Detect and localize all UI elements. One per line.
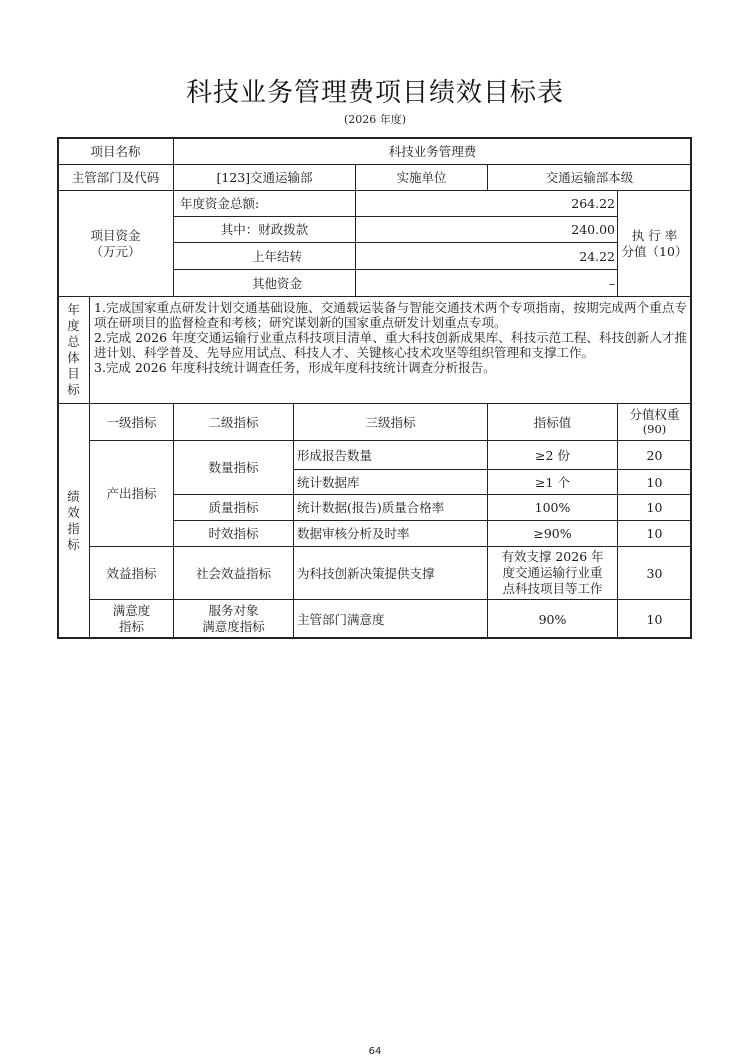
header-weight-line2: (90): [643, 422, 667, 437]
satisfaction-line1: 满意度: [113, 603, 151, 619]
quantity-indicator-label: 数量指标: [173, 440, 294, 495]
label-char: 年: [67, 302, 80, 318]
header-weight-line1: 分值权重: [629, 407, 679, 422]
indicator-row-weight: 10: [617, 469, 692, 495]
indicator-row-value: ≥90%: [487, 520, 618, 547]
indicator-row-weight: 10: [617, 494, 692, 521]
value-line: 有效支撑 2026 年: [501, 549, 603, 565]
funding-other-value: –: [355, 269, 618, 297]
header-level1: 一级指标: [89, 403, 174, 441]
funding-carryover-value: 24.22: [355, 242, 618, 270]
indicator-row-value: ≥1 个: [487, 469, 618, 495]
indicator-row-weight: 10: [617, 599, 692, 639]
quality-indicator-label: 质量指标: [173, 494, 294, 521]
funding-fiscal-label: 其中：财政拨款: [173, 216, 356, 243]
indicator-row-level3: 统计数据(报告)质量合格率: [293, 494, 488, 521]
satisfaction-indicator-label: 满意度 指标: [89, 599, 174, 639]
funding-fiscal-value: 240.00: [355, 216, 618, 243]
service-line1: 服务对象: [208, 603, 258, 619]
indicator-row-level3: 为科技创新决策提供支撑: [293, 546, 488, 600]
exec-rate-label: 执 行 率 分值（10）: [617, 190, 692, 297]
indicator-row-level3: 主管部门满意度: [293, 599, 488, 639]
satisfaction-line2: 指标: [119, 619, 144, 635]
service-satisfaction-label: 服务对象 满意度指标: [173, 599, 294, 639]
label-char: 体: [67, 350, 80, 366]
goal-item: 2.完成 2026 年度交通运输行业重点科技项目清单、重大科技创新成果库、科技示…: [94, 330, 687, 360]
exec-rate-line1: 执 行 率: [632, 228, 677, 244]
funding-total-label: 年度资金总额:: [173, 190, 356, 217]
label-char: 总: [67, 334, 80, 350]
header-weight: 分值权重 (90): [617, 403, 692, 441]
annual-goals-label: 年 度 总 体 目 标: [57, 296, 90, 404]
label-char: 效: [67, 505, 80, 521]
value-line: 度交通运输行业重: [502, 565, 602, 581]
goal-item: 1.完成国家重点研发计划交通基础设施、交通载运装备与智能交通技术两个专项指南，按…: [94, 300, 687, 330]
indicator-row-level3: 数据审核分析及时率: [293, 520, 488, 547]
header-level2: 二级指标: [173, 403, 294, 441]
timeliness-indicator-label: 时效指标: [173, 520, 294, 547]
project-name-value: 科技业务管理费: [173, 137, 692, 165]
annual-goals-content: 1.完成国家重点研发计划交通基础设施、交通载运装备与智能交通技术两个专项指南，按…: [89, 296, 692, 404]
goal-item: 3.完成 2026 年度科技统计调查任务，形成年度科技统计调查分析报告。: [94, 360, 687, 375]
indicator-row-value: 90%: [487, 599, 618, 639]
indicator-row-value: 有效支撑 2026 年 度交通运输行业重 点科技项目等工作: [487, 546, 618, 600]
label-char: 度: [67, 318, 80, 334]
funding-label-line1: 项目资金: [90, 228, 140, 244]
value-line: 点科技项目等工作: [502, 581, 602, 597]
output-indicator-label: 产出指标: [89, 440, 174, 547]
label-char: 目: [67, 366, 80, 382]
page-title: 科技业务管理费项目绩效目标表: [0, 72, 750, 109]
indicator-row-level3: 形成报告数量: [293, 440, 488, 470]
label-char: 标: [67, 537, 80, 553]
page-subtitle: (2026 年度): [0, 111, 750, 127]
project-name-label: 项目名称: [57, 137, 174, 165]
funding-carryover-label: 上年结转: [173, 242, 356, 270]
funding-total-value: 264.22: [355, 190, 618, 217]
label-char: 绩: [67, 489, 80, 505]
funding-label-line2: （万元）: [90, 244, 140, 260]
benefit-indicator-label: 效益指标: [89, 546, 174, 600]
indicator-row-weight: 20: [617, 440, 692, 470]
funding-label: 项目资金 （万元）: [57, 190, 174, 297]
label-char: 指: [67, 521, 80, 537]
indicator-row-weight: 30: [617, 546, 692, 600]
page-number: 64: [0, 1046, 750, 1057]
indicator-row-level3: 统计数据库: [293, 469, 488, 495]
dept-value: [123]交通运输部: [173, 164, 356, 191]
indicator-row-weight: 10: [617, 520, 692, 547]
indicator-row-value: ≥2 份: [487, 440, 618, 470]
header-value: 指标值: [487, 403, 618, 441]
dept-label: 主管部门及代码: [57, 164, 174, 191]
impl-unit-label: 实施单位: [355, 164, 488, 191]
label-char: 标: [67, 382, 80, 398]
exec-rate-line2: 分值（10）: [622, 244, 688, 260]
indicators-label: 绩 效 指 标: [57, 403, 90, 639]
indicator-row-value: 100%: [487, 494, 618, 521]
social-benefit-label: 社会效益指标: [173, 546, 294, 600]
header-level3: 三级指标: [293, 403, 488, 441]
funding-other-label: 其他资金: [173, 269, 356, 297]
impl-unit-value: 交通运输部本级: [487, 164, 692, 191]
service-line2: 满意度指标: [202, 619, 265, 635]
